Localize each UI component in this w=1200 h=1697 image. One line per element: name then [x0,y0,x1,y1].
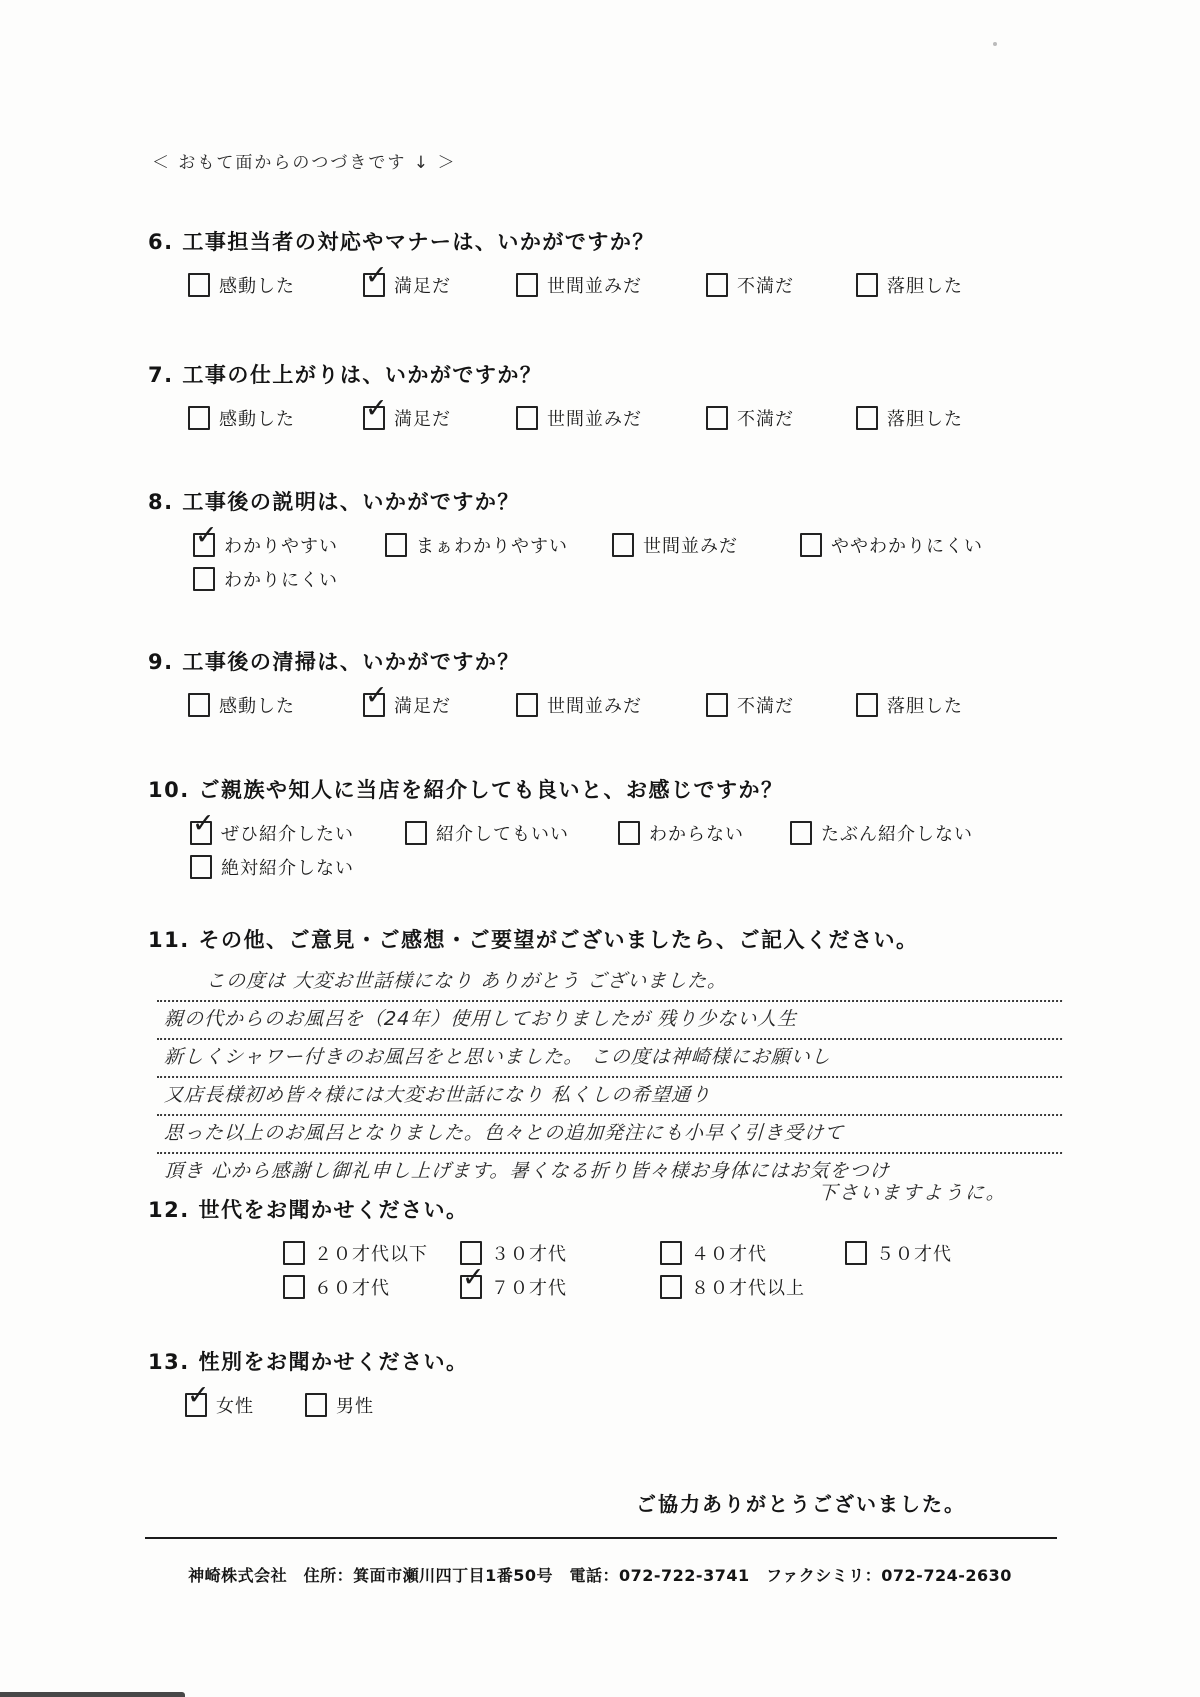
checkbox-option[interactable]: 世間並みだ [516,272,642,298]
option-row: わかりにくい [148,564,1140,598]
checkbox-label: 世間並みだ [643,532,738,558]
checkbox[interactable] [706,406,728,430]
checkbox[interactable] [845,1241,867,1265]
question-8-options: ✓わかりやすいまぁわかりやすい世間並みだややわかりにくいわかりにくい [148,530,1140,598]
checkbox[interactable] [800,533,822,557]
check-mark-icon: ✓ [462,1264,485,1291]
checkbox[interactable] [193,567,215,591]
checkbox-label: 満足だ [394,692,451,718]
checkbox-option[interactable]: 不満だ [706,405,794,431]
check-mark-icon: ✓ [192,810,215,837]
option-row: 感動した✓満足だ世間並みだ不満だ落胆した [148,403,1140,437]
checkbox[interactable] [790,821,812,845]
check-mark-icon: ✓ [187,1382,210,1409]
option-row: ✓わかりやすいまぁわかりやすい世間並みだややわかりにくい [148,530,1140,564]
checkbox[interactable] [305,1393,327,1417]
checkbox[interactable] [283,1241,305,1265]
question-11-title: 11. その他、ご意見・ご感想・ご要望がございましたら、ご記入ください。 [148,926,1140,954]
checkbox-label: 女性 [216,1392,254,1418]
checkbox-label: 紹介してもいい [436,820,569,846]
checkbox-checked[interactable]: ✓ [185,1393,207,1417]
checkbox-label: 男性 [336,1392,374,1418]
question-11-block: 11. その他、ご意見・ご感想・ご要望がございましたら、ご記入ください。 この度… [148,926,1140,1190]
handwritten-line: 思った以上のお風呂となりました。色々との追加発注にも小早く引き受けて [157,1116,1064,1154]
checkbox[interactable] [856,693,878,717]
checkbox-label: 不満だ [737,692,794,718]
checkbox-label: 世間並みだ [547,405,642,431]
question-10-options: ✓ぜひ紹介したい紹介してもいいわからないたぶん紹介しない絶対紹介しない [148,818,1140,886]
checkbox-option[interactable]: わかりにくい [193,566,338,592]
question-13-block: 13. 性別をお聞かせください。 ✓女性男性 [148,1348,1140,1424]
checkbox-label: 満足だ [394,272,451,298]
checkbox-option[interactable]: 絶対紹介しない [190,854,354,880]
continued-from-front-note: ＜ おもて面からのつづきです ↓ ＞ [152,148,456,173]
checkbox-option[interactable]: ６０才代 [283,1274,390,1300]
checkbox-option[interactable]: 世間並みだ [516,692,642,718]
checkbox-option[interactable]: ややわかりにくい [800,532,983,558]
question-10-title: 10. ご親族や知人に当店を紹介しても良いと、お感じですか？ [148,776,1140,804]
checkbox-checked[interactable]: ✓ [363,273,385,297]
checkbox-option[interactable]: 男性 [305,1392,374,1418]
checkbox-option[interactable]: ２０才代以下 [283,1240,428,1266]
checkbox-label: 落胆した [887,405,963,431]
checkbox[interactable] [405,821,427,845]
checkbox-option[interactable]: 感動した [188,692,295,718]
scan-artifact-dot [993,42,997,46]
question-9-title: 9. 工事後の清掃は、いかがですか？ [148,648,1140,676]
question-9-options: 感動した✓満足だ世間並みだ不満だ落胆した [148,690,1140,724]
checkbox-label: わかりにくい [224,566,338,592]
checkbox-label: わからない [649,820,744,846]
question-10-block: 10. ご親族や知人に当店を紹介しても良いと、お感じですか？ ✓ぜひ紹介したい紹… [148,776,1140,886]
handwritten-line: この度は 大変お世話様になり ありがとう ございました。 [157,964,1064,1002]
checkbox-label: ７０才代 [491,1274,567,1300]
checkbox[interactable] [516,406,538,430]
checkbox-label: まぁわかりやすい [416,532,568,558]
checkbox-checked[interactable]: ✓ [363,406,385,430]
checkbox-checked[interactable]: ✓ [460,1275,482,1299]
question-8-title: 8. 工事後の説明は、いかがですか？ [148,488,1140,516]
checkbox-option[interactable]: 不満だ [706,692,794,718]
checkbox-label: 満足だ [394,405,451,431]
checkbox-option[interactable]: 落胆した [856,272,963,298]
checkbox-label: たぶん紹介しない [821,820,973,846]
question-7-block: 7. 工事の仕上がりは、いかがですか？ 感動した✓満足だ世間並みだ不満だ落胆した [148,361,1140,437]
checkbox-label: ややわかりにくい [831,532,983,558]
checkbox-option[interactable]: 世間並みだ [516,405,642,431]
checkbox-option[interactable]: 落胆した [856,405,963,431]
checkbox-option[interactable]: 紹介してもいい [405,820,569,846]
checkbox[interactable] [516,693,538,717]
handwritten-line: 新しくシャワー付きのお風呂をと思いました。 この度は神崎様にお願いし [157,1040,1064,1078]
option-row: ２０才代以下３０才代４０才代５０才代 [148,1238,1140,1272]
checkbox-option[interactable]: 不満だ [706,272,794,298]
checkbox-option[interactable]: ８０才代以上 [660,1274,805,1300]
checkbox-option[interactable]: たぶん紹介しない [790,820,973,846]
checkbox-label: わかりやすい [224,532,338,558]
checkbox[interactable] [283,1275,305,1299]
checkbox-option[interactable]: ✓満足だ [363,272,451,298]
checkbox-label: ３０才代 [491,1240,567,1266]
checkbox[interactable] [188,273,210,297]
question-8-block: 8. 工事後の説明は、いかがですか？ ✓わかりやすいまぁわかりやすい世間並みだや… [148,488,1140,598]
checkbox[interactable] [660,1275,682,1299]
question-6-title: 6. 工事担当者の対応やマナーは、いかがですか？ [148,228,1140,256]
question-9-block: 9. 工事後の清掃は、いかがですか？ 感動した✓満足だ世間並みだ不満だ落胆した [148,648,1140,724]
checkbox-label: ４０才代 [691,1240,767,1266]
checkbox-option[interactable]: 感動した [188,272,295,298]
option-row: 感動した✓満足だ世間並みだ不満だ落胆した [148,270,1140,304]
handwritten-line: 又店長様初め皆々様には大変お世話になり 私くしの希望通り [157,1078,1064,1116]
checkbox-option[interactable]: ✓満足だ [363,692,451,718]
checkbox-option[interactable]: 感動した [188,405,295,431]
check-mark-icon: ✓ [365,682,388,709]
checkbox-label: 感動した [219,405,295,431]
checkbox-label: ６０才代 [314,1274,390,1300]
checkbox-checked[interactable]: ✓ [190,821,212,845]
scanned-survey-page: ＜ おもて面からのつづきです ↓ ＞ 6. 工事担当者の対応やマナーは、いかがで… [0,0,1200,1697]
question-12-options: ２０才代以下３０才代４０才代５０才代６０才代✓７０才代８０才代以上 [148,1238,1140,1306]
checkbox[interactable] [660,1241,682,1265]
checkbox-option[interactable]: わからない [618,820,744,846]
checkbox-label: 落胆した [887,272,963,298]
checkbox-label: ５０才代 [876,1240,952,1266]
checkbox-option[interactable]: 落胆した [856,692,963,718]
checkbox-label: ぜひ紹介したい [221,820,354,846]
option-row: 絶対紹介しない [148,852,1140,886]
option-row: ６０才代✓７０才代８０才代以上 [148,1272,1140,1306]
checkbox-option[interactable]: ✓ぜひ紹介したい [190,820,354,846]
question-7-title: 7. 工事の仕上がりは、いかがですか？ [148,361,1140,389]
question-12-title: 12. 世代をお聞かせください。 [148,1196,1140,1224]
question-13-options: ✓女性男性 [148,1390,1140,1424]
check-mark-icon: ✓ [195,522,218,549]
checkbox[interactable] [188,693,210,717]
checkbox-label: ２０才代以下 [314,1240,428,1266]
company-footer: 神崎株式会社 住所：箕面市瀬川四丁目1番50号 電話：072-722-3741 … [0,1563,1200,1586]
checkbox-label: 感動した [219,272,295,298]
handwritten-line: 親の代からのお風呂を（24年）使用しておりましたが 残り少ない人生 [157,1002,1064,1040]
option-row: ✓ぜひ紹介したい紹介してもいいわからないたぶん紹介しない [148,818,1140,852]
checkbox-label: 絶対紹介しない [221,854,354,880]
checkbox[interactable] [190,855,212,879]
checkbox-option[interactable]: ✓満足だ [363,405,451,431]
checkbox-label: 不満だ [737,405,794,431]
checkbox-label: 落胆した [887,692,963,718]
checkbox[interactable] [385,533,407,557]
check-mark-icon: ✓ [365,395,388,422]
checkbox[interactable] [856,273,878,297]
checkbox-option[interactable]: ✓７０才代 [460,1274,567,1300]
question-7-options: 感動した✓満足だ世間並みだ不満だ落胆した [148,403,1140,437]
checkbox[interactable] [706,273,728,297]
question-6-block: 6. 工事担当者の対応やマナーは、いかがですか？ 感動した✓満足だ世間並みだ不満… [148,228,1140,304]
thank-you-line: ご協力ありがとうございました。 [636,1488,966,1517]
checkbox-label: 不満だ [737,272,794,298]
checkbox-option[interactable]: ✓わかりやすい [193,532,338,558]
checkbox[interactable] [706,693,728,717]
checkbox[interactable] [612,533,634,557]
checkbox[interactable] [516,273,538,297]
checkbox-checked[interactable]: ✓ [193,533,215,557]
handwritten-comment-area: この度は 大変お世話様になり ありがとう ございました。親の代からのお風呂を（2… [158,964,1063,1190]
checkbox[interactable] [188,406,210,430]
option-row: ✓女性男性 [148,1390,1140,1424]
checkbox-checked[interactable]: ✓ [363,693,385,717]
checkbox-option[interactable]: ４０才代 [660,1240,767,1266]
option-row: 感動した✓満足だ世間並みだ不満だ落胆した [148,690,1140,724]
checkbox-option[interactable]: ✓女性 [185,1392,254,1418]
checkbox-option[interactable]: ５０才代 [845,1240,952,1266]
scan-artifact-smudge [0,1692,185,1697]
checkbox[interactable] [856,406,878,430]
footer-divider [145,1537,1057,1539]
checkbox-option[interactable]: 世間並みだ [612,532,738,558]
checkbox-option[interactable]: まぁわかりやすい [385,532,568,558]
checkbox-label: 世間並みだ [547,272,642,298]
check-mark-icon: ✓ [365,262,388,289]
checkbox-label: 感動した [219,692,295,718]
checkbox[interactable] [618,821,640,845]
checkbox-label: 世間並みだ [547,692,642,718]
question-12-block: 12. 世代をお聞かせください。 ２０才代以下３０才代４０才代５０才代６０才代✓… [148,1196,1140,1306]
checkbox-label: ８０才代以上 [691,1274,805,1300]
question-13-title: 13. 性別をお聞かせください。 [148,1348,1140,1376]
question-6-options: 感動した✓満足だ世間並みだ不満だ落胆した [148,270,1140,304]
